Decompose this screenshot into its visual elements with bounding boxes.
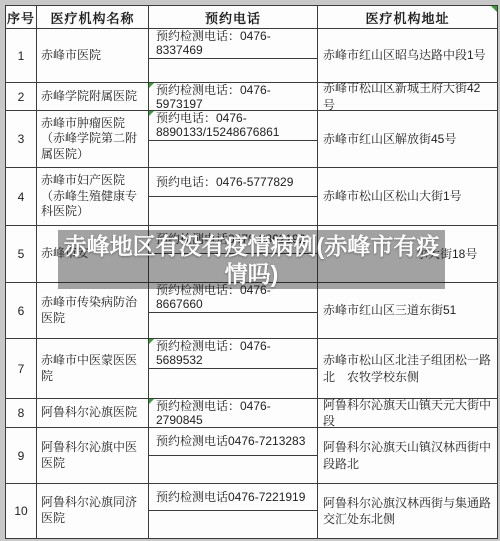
hospital-name-cell: 赤峰市传染病防治医院 bbox=[37, 283, 149, 339]
serial-cell: 9 bbox=[6, 428, 37, 484]
address-cell: 赤峰市松山区新城王府大街42号 bbox=[318, 83, 497, 111]
serial-cell: 8 bbox=[6, 399, 37, 428]
phone-text: 预约检测电话0476-7221919 bbox=[149, 484, 317, 511]
excel-flag-icon bbox=[149, 399, 154, 404]
phone-cell: 预约检测电话：0476-5689532 bbox=[149, 339, 318, 399]
page: { "overlay": { "title_line1": "赤峰地区有没有疫情… bbox=[0, 0, 500, 541]
serial-cell: 5 bbox=[6, 226, 37, 283]
phone-empty-area bbox=[149, 456, 317, 484]
address-cell: 赤峰市松山区松山大街1号 bbox=[318, 168, 497, 226]
address-cell: 赤峰市红山区三道东街51 bbox=[318, 283, 497, 339]
address-cell: 赤峰市松山区北洼子组团松一路北 农牧学校东侧 bbox=[318, 339, 497, 399]
phone-cell: 预约电话：0476-5777829 bbox=[149, 168, 318, 226]
excel-corner-mark-icon bbox=[491, 6, 497, 12]
phone-empty-area bbox=[149, 511, 317, 538]
serial-cell: 3 bbox=[6, 111, 37, 168]
phone-empty-area bbox=[149, 313, 317, 338]
phone-empty-area bbox=[149, 369, 317, 398]
phone-cell: 预约检测电话0476-7213283 bbox=[149, 428, 318, 484]
address-cell: 阿鲁科尔沁旗天山镇汉林西街中段路北 bbox=[318, 428, 497, 484]
header-phone: 预约电话 bbox=[149, 6, 318, 29]
header-hospital-name: 医疗机构名称 bbox=[37, 6, 149, 29]
excel-flag-icon bbox=[149, 111, 154, 116]
hospital-name-cell: 赤峰市肿瘤医院（赤峰学院第二附属医院） bbox=[37, 111, 149, 168]
serial-cell: 4 bbox=[6, 168, 37, 226]
phone-text: 预约检测电话：0476-5689532 bbox=[149, 339, 317, 369]
watermark-title-line2: 情吗) bbox=[225, 260, 279, 288]
hospital-name-cell: 阿鲁科尔沁旗中医医院 bbox=[37, 428, 149, 484]
hospital-name-cell: 阿鲁科尔沁旗医院 bbox=[37, 399, 149, 428]
serial-cell: 2 bbox=[6, 83, 37, 111]
serial-cell: 7 bbox=[6, 339, 37, 399]
phone-text: 预约检测电话：0476-2790845 bbox=[149, 399, 317, 428]
address-cell: 阿鲁科尔沁旗天山镇天元大街中段 bbox=[318, 399, 497, 428]
header-address: 医疗机构地址 bbox=[318, 6, 497, 29]
hospital-name-cell: 赤峰市医院 bbox=[37, 29, 149, 83]
address-cell: 赤峰市红山区解放街45号 bbox=[318, 111, 497, 168]
header-address-label: 医疗机构地址 bbox=[365, 8, 449, 27]
phone-cell: 预约检测电话：0476-8667660 bbox=[149, 283, 318, 339]
phone-cell: 预约检测电话：0476-8337469 bbox=[149, 29, 318, 83]
watermark-title-overlay: 赤峰地区有没有疫情病例(赤峰市有疫 情吗) bbox=[58, 230, 445, 289]
phone-text: 预约电话：0476-8890133/15248676861 bbox=[149, 111, 317, 141]
phone-text: 预约检测电话：0476-5973197 bbox=[149, 83, 317, 111]
excel-flag-icon bbox=[149, 83, 154, 88]
phone-cell: 预约检测电话：0476-2790845 bbox=[149, 399, 318, 428]
phone-cell: 预约检测电话：0476-5973197 bbox=[149, 83, 318, 111]
phone-text: 预约检测电话0476-7213283 bbox=[149, 428, 317, 456]
phone-empty-area bbox=[149, 141, 317, 167]
hospital-name-cell: 赤峰学院附属医院 bbox=[37, 83, 149, 111]
phone-empty-area bbox=[149, 197, 317, 226]
hospital-name-cell: 阿鲁科尔沁旗同济医院 bbox=[37, 484, 149, 538]
phone-text: 预约检测电话：0476-8337469 bbox=[149, 29, 317, 59]
header-serial: 序号 bbox=[6, 6, 37, 29]
phone-cell: 预约检测电话0476-7221919 bbox=[149, 484, 318, 538]
phone-empty-area bbox=[149, 59, 317, 82]
excel-flag-icon bbox=[149, 339, 154, 344]
address-cell: 赤峰市红山区昭乌达路中段1号 bbox=[318, 29, 497, 83]
hospital-name-cell: 赤峰市妇产医院（赤峰生殖健康专科医院） bbox=[37, 168, 149, 226]
serial-cell: 6 bbox=[6, 283, 37, 339]
address-cell: 阿鲁科尔沁旗汉林西街与集通路交汇处东北侧 bbox=[318, 484, 497, 538]
serial-cell: 10 bbox=[6, 484, 37, 538]
hospital-name-cell: 赤峰市中医蒙医医院 bbox=[37, 339, 149, 399]
phone-text: 预约电话：0476-5777829 bbox=[149, 168, 317, 197]
phone-cell: 预约电话：0476-8890133/15248676861 bbox=[149, 111, 318, 168]
watermark-title-line1: 赤峰地区有没有疫情病例(赤峰市有疫 bbox=[64, 232, 440, 260]
serial-cell: 1 bbox=[6, 29, 37, 83]
